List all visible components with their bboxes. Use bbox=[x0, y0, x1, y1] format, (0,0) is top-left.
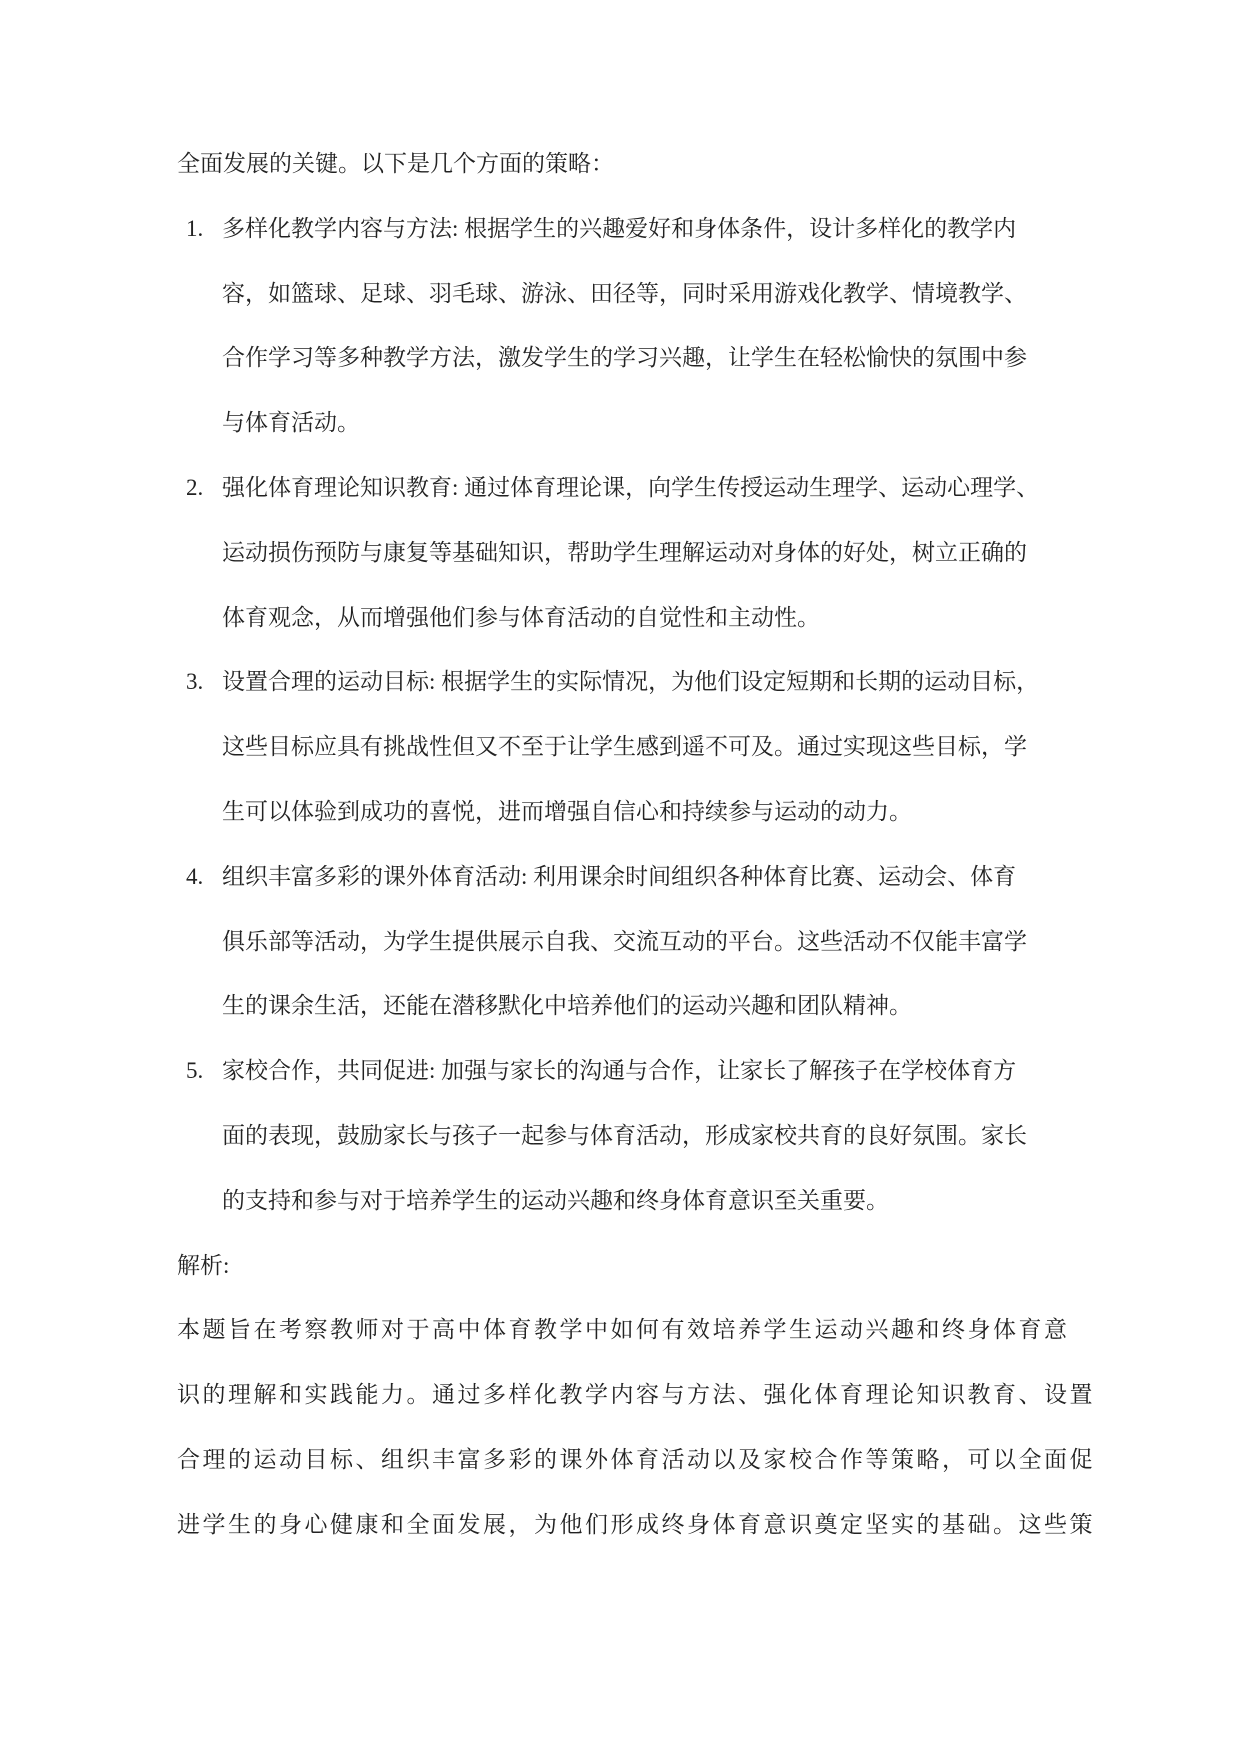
strategy-item: 1.多样化教学内容与方法: 根据学生的兴趣爱好和身体条件，设计多样化的教学内容，… bbox=[177, 197, 1137, 456]
strategy-text-line: 组织丰富多彩的课外体育活动: 利用课余时间组织各种体育比赛、运动会、体育 bbox=[222, 845, 1137, 910]
list-item-number: 5. bbox=[186, 1039, 203, 1104]
analysis-text-line: 合理的运动目标、组织丰富多彩的课外体育活动以及家校合作等策略，可以全面促 bbox=[177, 1428, 1137, 1493]
page-content: 全面发展的关键。以下是几个方面的策略： 1.多样化教学内容与方法: 根据学生的兴… bbox=[177, 132, 1137, 1558]
strategy-item: 4.组织丰富多彩的课外体育活动: 利用课余时间组织各种体育比赛、运动会、体育俱乐… bbox=[177, 845, 1137, 1039]
strategy-text-line: 俱乐部等活动，为学生提供展示自我、交流互动的平台。这些活动不仅能丰富学 bbox=[222, 910, 1137, 975]
list-item-number: 2. bbox=[186, 456, 203, 521]
strategy-text-line: 生的课余生活，还能在潜移默化中培养他们的运动兴趣和团队精神。 bbox=[222, 974, 1137, 1039]
analysis-paragraph: 本题旨在考察教师对于高中体育教学中如何有效培养学生运动兴趣和终身体育意识的理解和… bbox=[177, 1298, 1137, 1557]
strategy-text-line: 的支持和参与对于培养学生的运动兴趣和终身体育意识至关重要。 bbox=[222, 1169, 1137, 1234]
strategy-text-line: 这些目标应具有挑战性但又不至于让学生感到遥不可及。通过实现这些目标，学 bbox=[222, 715, 1137, 780]
analysis-text-line: 本题旨在考察教师对于高中体育教学中如何有效培养学生运动兴趣和终身体育意 bbox=[177, 1298, 1137, 1363]
strategy-text-line: 与体育活动。 bbox=[222, 391, 1137, 456]
strategy-text-line: 容，如篮球、足球、羽毛球、游泳、田径等，同时采用游戏化教学、情境教学、 bbox=[222, 262, 1137, 327]
strategy-text-line: 家校合作，共同促进: 加强与家长的沟通与合作，让家长了解孩子在学校体育方 bbox=[222, 1039, 1137, 1104]
strategy-item: 2.强化体育理论知识教育: 通过体育理论课，向学生传授运动生理学、运动心理学、运… bbox=[177, 456, 1137, 650]
document-page: 全面发展的关键。以下是几个方面的策略： 1.多样化教学内容与方法: 根据学生的兴… bbox=[0, 0, 1241, 1754]
intro-line: 全面发展的关键。以下是几个方面的策略： bbox=[177, 132, 1137, 197]
analysis-text-line: 识的理解和实践能力。通过多样化教学内容与方法、强化体育理论知识教育、设置 bbox=[177, 1363, 1137, 1428]
strategy-list: 1.多样化教学内容与方法: 根据学生的兴趣爱好和身体条件，设计多样化的教学内容，… bbox=[177, 197, 1137, 1234]
strategy-text-line: 合作学习等多种教学方法，激发学生的学习兴趣，让学生在轻松愉快的氛围中参 bbox=[222, 326, 1137, 391]
strategy-text-line: 面的表现，鼓励家长与孩子一起参与体育活动，形成家校共育的良好氛围。家长 bbox=[222, 1104, 1137, 1169]
analysis-text-line: 进学生的身心健康和全面发展，为他们形成终身体育意识奠定坚实的基础。这些策 bbox=[177, 1493, 1137, 1558]
strategy-text-line: 多样化教学内容与方法: 根据学生的兴趣爱好和身体条件，设计多样化的教学内 bbox=[222, 197, 1137, 262]
strategy-text-line: 运动损伤预防与康复等基础知识，帮助学生理解运动对身体的好处，树立正确的 bbox=[222, 521, 1137, 586]
analysis-heading: 解析: bbox=[177, 1234, 1137, 1299]
strategy-item: 3.设置合理的运动目标: 根据学生的实际情况，为他们设定短期和长期的运动目标，这… bbox=[177, 650, 1137, 844]
strategy-text-line: 设置合理的运动目标: 根据学生的实际情况，为他们设定短期和长期的运动目标， bbox=[222, 650, 1137, 715]
list-item-number: 4. bbox=[186, 845, 203, 910]
strategy-text-line: 强化体育理论知识教育: 通过体育理论课，向学生传授运动生理学、运动心理学、 bbox=[222, 456, 1137, 521]
strategy-text-line: 体育观念，从而增强他们参与体育活动的自觉性和主动性。 bbox=[222, 586, 1137, 651]
strategy-text-line: 生可以体验到成功的喜悦，进而增强自信心和持续参与运动的动力。 bbox=[222, 780, 1137, 845]
list-item-number: 3. bbox=[186, 650, 203, 715]
strategy-item: 5.家校合作，共同促进: 加强与家长的沟通与合作，让家长了解孩子在学校体育方面的… bbox=[177, 1039, 1137, 1233]
list-item-number: 1. bbox=[186, 197, 203, 262]
